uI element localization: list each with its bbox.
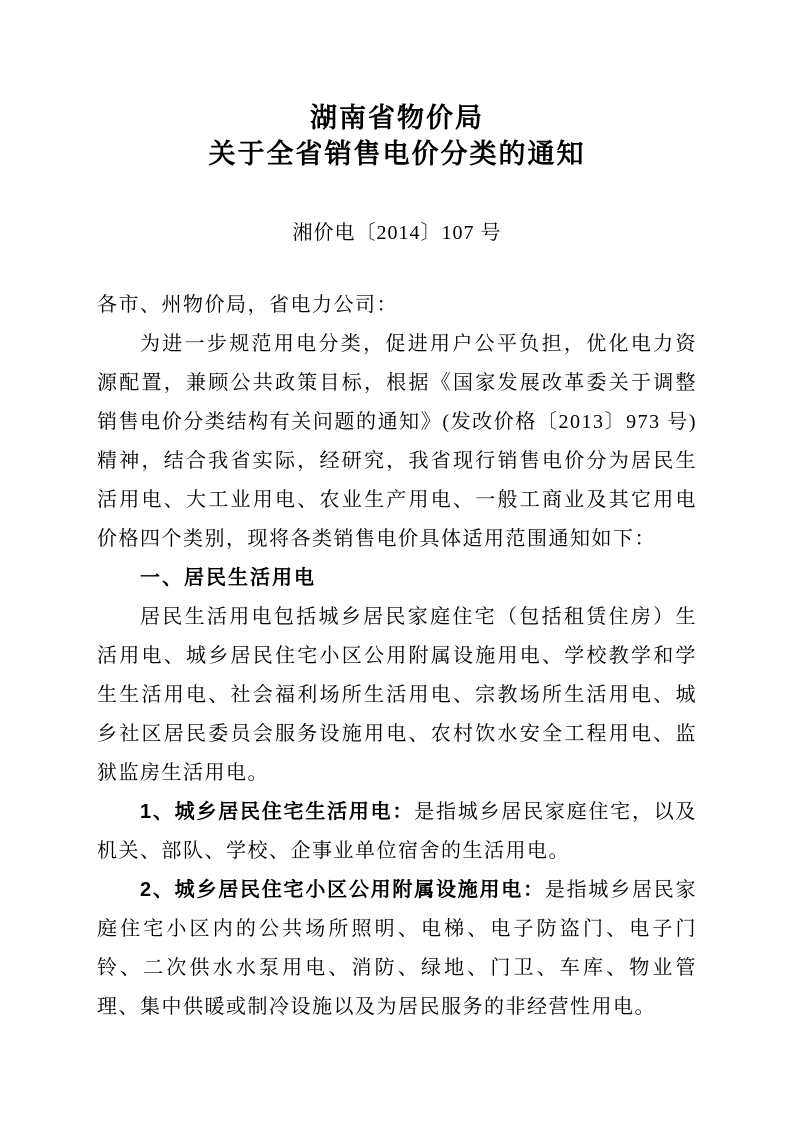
document-title: 关于全省销售电价分类的通知 <box>97 136 697 172</box>
document-number: 湘价电〔2014〕107 号 <box>97 218 697 248</box>
item-1-lead: 1、城乡居民住宅生活用电： <box>140 801 414 823</box>
document-page: 湖南省物价局 关于全省销售电价分类的通知 湘价电〔2014〕107 号 各市、州… <box>0 0 793 1122</box>
section-1-item-2: 2、城乡居民住宅小区公用附属设施用电：是指城乡居民家庭住宅小区内的公共场所照明、… <box>97 871 697 1027</box>
document-body: 各市、州物价局，省电力公司： 为进一步规范用电分类，促进用户公平负担，优化电力资… <box>97 286 697 1027</box>
document-header: 湖南省物价局 关于全省销售电价分类的通知 湘价电〔2014〕107 号 <box>97 100 697 248</box>
intro-paragraph: 为进一步规范用电分类，促进用户公平负担，优化电力资源配置，兼顾公共政策目标，根据… <box>97 325 697 559</box>
section-1-item-1: 1、城乡居民住宅生活用电：是指城乡居民家庭住宅，以及机关、部队、学校、企事业单位… <box>97 793 697 871</box>
item-2-lead: 2、城乡居民住宅小区公用附属设施用电： <box>140 879 545 901</box>
issuing-org-title: 湖南省物价局 <box>97 100 697 136</box>
section-1-heading: 一、居民生活用电 <box>97 559 697 598</box>
section-1-description: 居民生活用电包括城乡居民家庭住宅（包括租赁住房）生活用电、城乡居民住宅小区公用附… <box>97 598 697 793</box>
salutation-line: 各市、州物价局，省电力公司： <box>97 286 697 325</box>
